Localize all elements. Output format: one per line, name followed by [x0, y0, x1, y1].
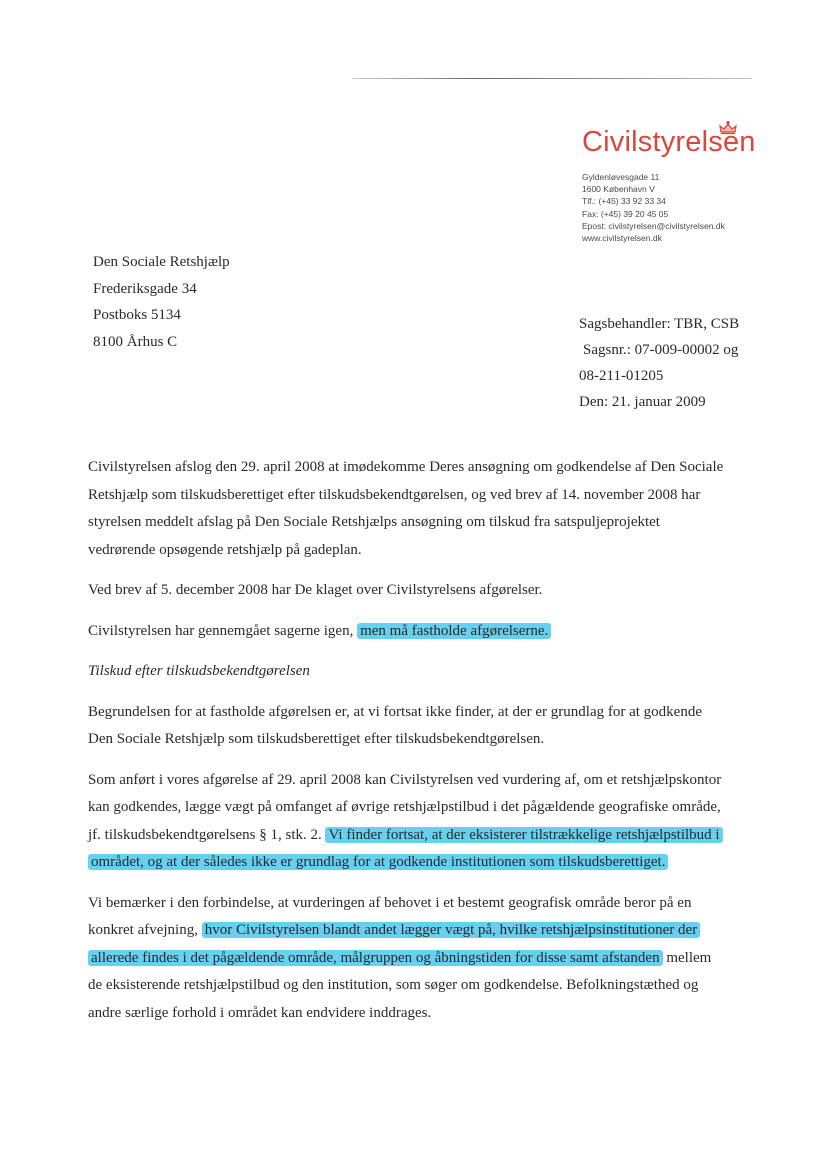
- letter-body: Civilstyrelsen afslog den 29. april 2008…: [88, 454, 728, 1040]
- website: www.civilstyrelsen.dk: [582, 232, 725, 244]
- paragraph-6: Vi bemærker i den forbindelse, at vurder…: [88, 890, 728, 1028]
- recipient-address: Den Sociale Retshjælp Frederiksgade 34 P…: [93, 249, 230, 355]
- letter-date: Den: 21. januar 2009: [579, 389, 739, 415]
- paragraph-3: Civilstyrelsen har gennemgået sagerne ig…: [88, 618, 728, 646]
- contact-block: Gyldenløvesgade 11 1600 København V Tlf.…: [582, 171, 725, 244]
- recipient-pobox: Postboks 5134: [93, 302, 230, 329]
- email: Epost: civilstyrelsen@civilstyrelsen.dk: [582, 220, 725, 232]
- fax: Fax: (+45) 39 20 45 05: [582, 208, 725, 220]
- case-handler: Sagsbehandler: TBR, CSB: [579, 311, 739, 337]
- header-rule: [352, 78, 752, 79]
- recipient-name: Den Sociale Retshjælp: [93, 249, 230, 276]
- paragraph-5: Som anført i vores afgørelse af 29. apri…: [88, 767, 728, 877]
- organization-logo: Civilstyrelsen: [582, 126, 756, 159]
- highlighted-text: men må fastholde afgørelserne.: [357, 623, 551, 639]
- paragraph-1: Civilstyrelsen afslog den 29. april 2008…: [88, 454, 728, 564]
- case-number: Sagsnr.: 07-009-00002 og: [579, 337, 739, 363]
- case-info: Sagsbehandler: TBR, CSB Sagsnr.: 07-009-…: [579, 311, 739, 415]
- postal-city: 1600 København V: [582, 183, 725, 195]
- phone: Tlf.: (+45) 33 92 33 34: [582, 195, 725, 207]
- paragraph-2: Ved brev af 5. december 2008 har De klag…: [88, 577, 728, 605]
- street-address: Gyldenløvesgade 11: [582, 171, 725, 183]
- paragraph-4: Begrundelsen for at fastholde afgørelsen…: [88, 699, 728, 754]
- paragraph-3-text: Civilstyrelsen har gennemgået sagerne ig…: [88, 623, 357, 639]
- recipient-city: 8100 Århus C: [93, 329, 230, 356]
- recipient-street: Frederiksgade 34: [93, 276, 230, 303]
- section-heading: Tilskud efter tilskudsbekendtgørelsen: [88, 658, 728, 686]
- case-number-2: 08-211-01205: [579, 363, 739, 389]
